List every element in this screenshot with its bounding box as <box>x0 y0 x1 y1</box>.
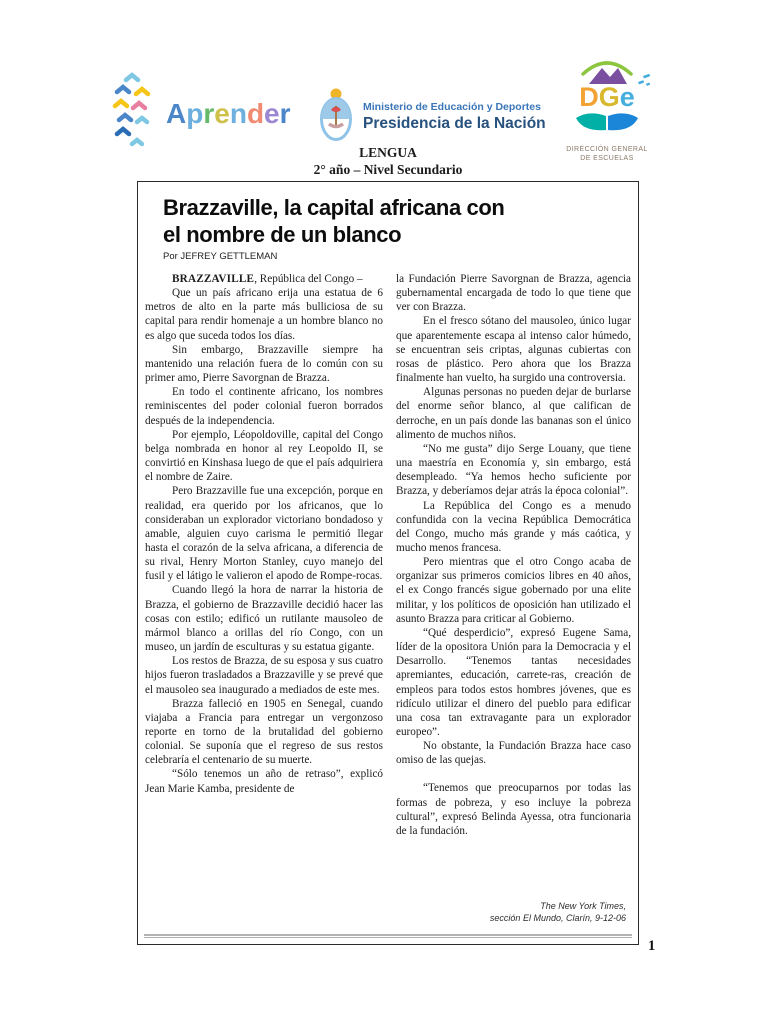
logo-letter: D <box>579 82 599 112</box>
logo-letter: e <box>620 82 635 112</box>
logo-letter: p <box>186 98 203 129</box>
article-columns: BRAZZAVILLE, República del Congo –Que un… <box>145 272 634 838</box>
article-attribution: The New York Times, sección El Mundo, Cl… <box>490 901 626 924</box>
article-title: Brazzaville, la capital africana con el … <box>163 194 615 248</box>
page-number: 1 <box>648 938 655 955</box>
article-paragraph: La República del Congo es a menudo confu… <box>396 499 631 556</box>
logo-letter: n <box>230 98 247 129</box>
article-paragraph: Que un país africano erija una estatua d… <box>145 286 383 343</box>
subject-heading: LENGUA <box>137 144 639 161</box>
attribution-line2: sección El Mundo, Clarín, 9-12-06 <box>490 913 626 925</box>
article-column-2: la Fundación Pierre Savorgnan de Brazza,… <box>396 272 631 838</box>
article-paragraph: Pero mientras que el otro Congo acaba de… <box>396 555 631 626</box>
dge-logo-text: DGe <box>551 84 663 111</box>
logo-letter: r <box>280 98 291 129</box>
article-paragraph: Brazza falleció en 1905 en Senegal, cuan… <box>145 697 383 768</box>
ministerio-line1: Ministerio de Educación y Deportes <box>363 101 546 113</box>
level-heading: 2° año – Nivel Secundario <box>137 161 639 178</box>
ministerio-line2: Presidencia de la Nación <box>363 115 546 133</box>
document-page: Aprender Ministerio de Educación y Depor… <box>0 0 768 1024</box>
footer-rule <box>144 934 632 938</box>
article-paragraph: “No me gusta” dijo Serge Louany, que tie… <box>396 442 631 499</box>
article-paragraph: No obstante, la Fundación Brazza hace ca… <box>396 739 631 767</box>
article-paragraph: Los restos de Brazza, de su esposa y sus… <box>145 654 383 696</box>
article-column-1: BRAZZAVILLE, República del Congo –Que un… <box>145 272 383 838</box>
article-byline: Por JEFREY GETTLEMAN <box>163 251 638 262</box>
article-paragraph: Cuando llegó la hora de narrar la histor… <box>145 583 383 654</box>
ministerio-logo: Ministerio de Educación y Deportes Presi… <box>318 86 546 147</box>
article-paragraph: “Qué desperdicio”, expresó Eugene Sama, … <box>396 626 631 739</box>
attribution-line1: The New York Times, <box>490 901 626 913</box>
logo-letter: d <box>247 98 264 129</box>
aprender-logo-text: Aprender <box>166 100 291 128</box>
coat-of-arms-icon <box>318 86 354 147</box>
article-paragraph: la Fundación Pierre Savorgnan de Brazza,… <box>396 272 631 314</box>
logo-letter: G <box>599 82 620 112</box>
logo-letter: e <box>214 98 230 129</box>
article-paragraph: En el fresco sótano del mausoleo, único … <box>396 314 631 385</box>
logo-letter: A <box>166 98 186 129</box>
article-paragraph: Por ejemplo, Léopoldoville, capital del … <box>145 428 383 485</box>
article-paragraph: BRAZZAVILLE, República del Congo – <box>145 272 383 286</box>
article-paragraph: En todo el continente africano, los nomb… <box>145 385 383 427</box>
logo-letter: r <box>203 98 214 129</box>
logo-letter: e <box>264 98 280 129</box>
article-paragraph: “Sólo tenemos un año de retraso”, explic… <box>145 767 383 795</box>
article-paragraph: “Tenemos que preocuparnos por todas las … <box>396 781 631 838</box>
article-paragraph: Sin embargo, Brazzaville siempre ha mant… <box>145 343 383 385</box>
article-box: Brazzaville, la capital africana con el … <box>137 181 639 945</box>
article-paragraph: Pero Brazzaville fue una excepción, porq… <box>145 484 383 583</box>
article-paragraph: Algunas personas no pueden dejar de burl… <box>396 385 631 442</box>
open-book-icon <box>551 113 663 140</box>
